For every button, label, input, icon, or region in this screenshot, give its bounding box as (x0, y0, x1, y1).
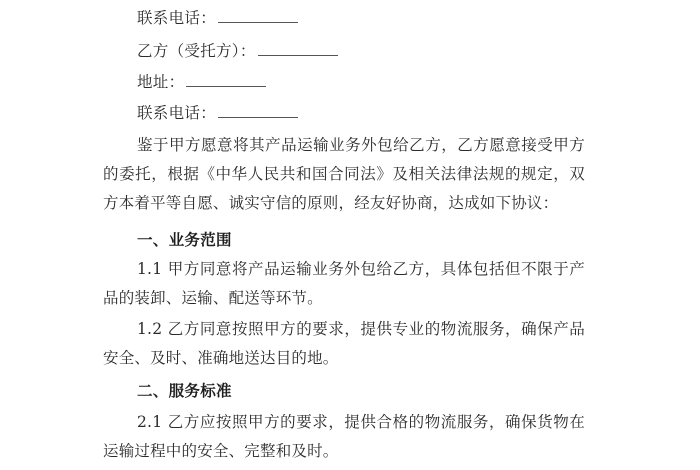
clause-1-1: 1.1 甲方同意将产品运输业务外包给乙方，具体包括但不限于产品的装卸、运输、配送… (103, 255, 585, 313)
party-field-address: 地址： (137, 68, 266, 96)
field-label: 地址： (137, 73, 184, 91)
party-field-party-b: 乙方（受托方）： (137, 37, 338, 65)
clause-1-2: 1.2 乙方同意按照甲方的要求，提供专业的物流服务，确保产品安全、及时、准确地送… (103, 315, 585, 373)
field-label: 联系电话： (137, 104, 216, 122)
fill-blank (186, 72, 266, 87)
section-heading-standards: 二、服务标准 (137, 377, 232, 405)
fill-blank (258, 41, 338, 56)
preamble-paragraph: 鉴于甲方愿意将其产品运输业务外包给乙方，乙方愿意接受甲方的委托，根据《中华人民共… (103, 131, 585, 218)
party-field-phone-a: 联系电话： (137, 4, 298, 32)
field-label: 乙方（受托方）： (137, 42, 256, 60)
field-label: 联系电话： (137, 9, 216, 27)
fill-blank (218, 103, 298, 118)
fill-blank (218, 8, 298, 23)
section-heading-scope: 一、业务范围 (137, 226, 232, 254)
party-field-phone-b: 联系电话： (137, 99, 298, 127)
clause-2-1: 2.1 乙方应按照甲方的要求，提供合格的物流服务，确保货物在运输过程中的安全、完… (103, 408, 585, 466)
